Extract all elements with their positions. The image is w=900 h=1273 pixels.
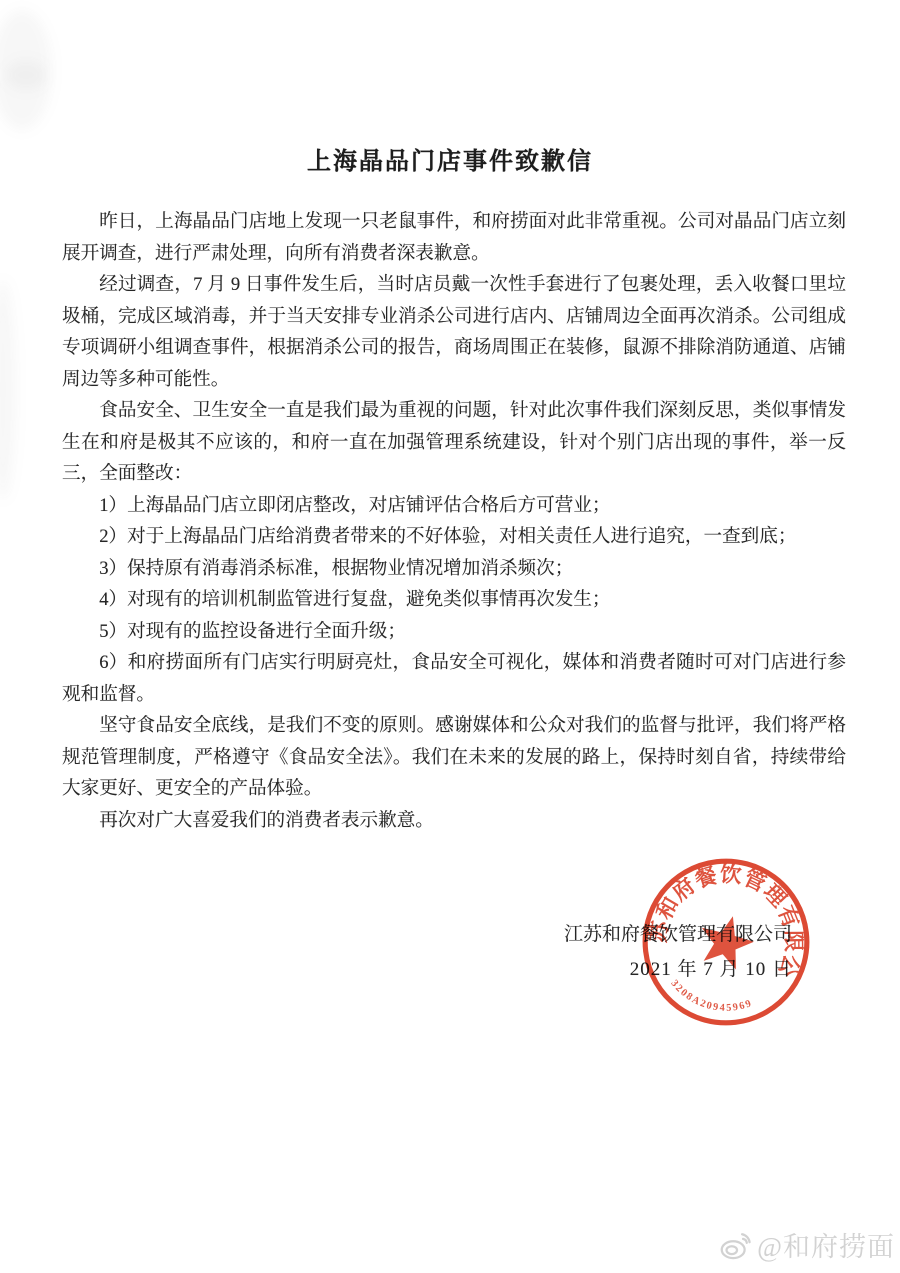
rectification-item: 5）对现有的监控设备进行全面升级；	[62, 616, 846, 648]
paragraph-commitment: 坚守食品安全底线，是我们不变的原则。感谢媒体和公众对我们的监督与批评，我们将严格…	[62, 710, 846, 805]
letter-body: 昨日，上海晶品门店地上发现一只老鼠事件，和府捞面对此非常重视。公司对晶品门店立刻…	[62, 206, 846, 836]
paragraph-intro: 昨日，上海晶品门店地上发现一只老鼠事件，和府捞面对此非常重视。公司对晶品门店立刻…	[62, 206, 846, 269]
scan-artifact	[0, 280, 16, 500]
signature-date: 2021 年 7 月 10 日	[564, 959, 792, 981]
signature-block: 江苏和府餐饮管理有限公司 2021 年 7 月 10 日	[564, 924, 792, 981]
paragraph-reflection: 食品安全、卫生安全一直是我们最为重视的问题，针对此次事件我们深刻反思，类似事情发…	[62, 395, 846, 490]
rectification-item: 1）上海晶品门店立即闭店整改，对店铺评估合格后方可营业；	[62, 490, 846, 522]
rectification-item: 6）和府捞面所有门店实行明厨亮灶，食品安全可视化，媒体和消费者随时可对门店进行参…	[62, 647, 846, 710]
scan-artifact	[6, 60, 46, 90]
weibo-icon	[720, 1230, 752, 1260]
rectification-item: 4）对现有的培训机制监管进行复盘，避免类似事情再次发生；	[62, 584, 846, 616]
rectification-item: 3）保持原有消毒消杀标准，根据物业情况增加消杀频次；	[62, 553, 846, 585]
seal-serial-number: 3208A20945969	[665, 976, 757, 1022]
apology-letter-page: 上海晶品门店事件致歉信 昨日，上海晶品门店地上发现一只老鼠事件，和府捞面对此非常…	[0, 0, 900, 1273]
paragraph-investigation: 经过调查，7 月 9 日事件发生后，当时店员戴一次性手套进行了包裹处理，丢入收餐…	[62, 269, 846, 395]
letter-title: 上海晶品门店事件致歉信	[0, 141, 900, 176]
signature-company: 江苏和府餐饮管理有限公司	[564, 924, 792, 946]
watermark: @和府捞面	[720, 1225, 895, 1264]
paragraph-apology: 再次对广大喜爱我们的消费者表示歉意。	[62, 805, 846, 837]
watermark-text: @和府捞面	[757, 1225, 895, 1264]
rectification-item: 2）对于上海晶品门店给消费者带来的不好体验，对相关责任人进行追究，一查到底；	[62, 521, 846, 553]
